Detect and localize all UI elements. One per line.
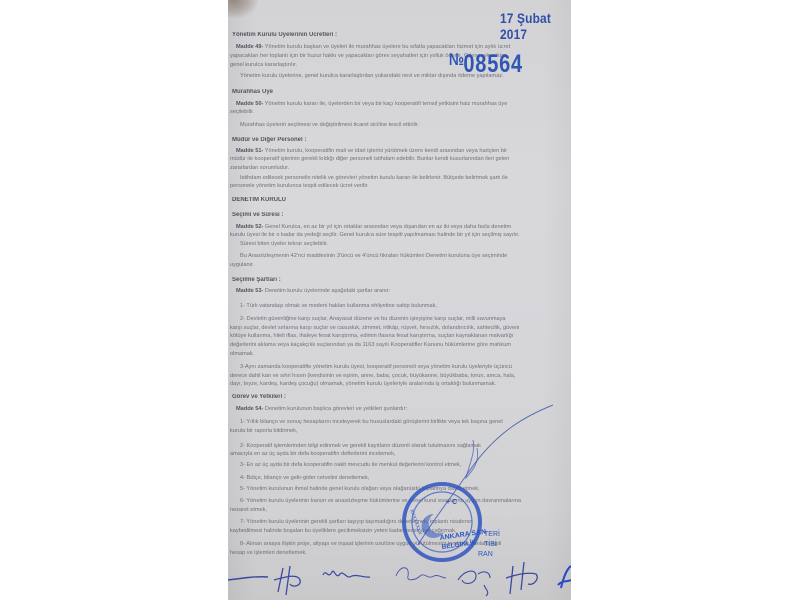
- text-line: olmamak.: [230, 351, 565, 358]
- article-line: Madde 53- Denetim kurulu üyelerinde aşağ…: [236, 288, 565, 295]
- text-line: zararlardan sorumludur.: [230, 165, 565, 172]
- text-line: Murahhas üyelerin seçilmesi ve değiştiri…: [240, 122, 565, 129]
- svg-text:TİBİ: TİBİ: [484, 539, 497, 548]
- text-line: İstihdam edilecek personelin nitelik ve …: [240, 175, 565, 182]
- text-line: amacıyla en az üç ayda bir defa kooperat…: [230, 451, 565, 458]
- text-line: 2- Kooperatif işlemlerinden bilgi edinme…: [240, 443, 565, 450]
- section-heading: Müdür ve Diğer Personel :: [232, 137, 565, 144]
- text-line: uygulanır.: [230, 262, 565, 269]
- section-heading: Seçilme Şartları :: [232, 277, 565, 284]
- number-sign: №: [449, 50, 463, 69]
- svg-text:TERİ: TERİ: [484, 529, 500, 538]
- official-seal-icon: + C ANKARA SAN BELGİNLİK TERİ TİBİ RAN X…: [394, 470, 512, 570]
- svg-text:XXXXXXXX: XXXXXXXX: [408, 509, 423, 537]
- date-stamp: 17 Şubat 2017: [500, 10, 560, 42]
- svg-text:+ C: + C: [446, 499, 457, 506]
- article-line: Madde 52- Genel Kurulca, en az bir yıl i…: [236, 224, 565, 231]
- text-line: personele yönetim kurulunca tespit edile…: [230, 183, 565, 190]
- text-line: 1- Türk vatandaşı olmak ve medeni haklar…: [240, 303, 565, 310]
- article-line: Madde 50- Yönetim kurulu kararı ile, üye…: [236, 101, 565, 108]
- text-line: değerlerini aklama veya kaçakçılık suçla…: [230, 342, 565, 349]
- article-line: Madde 54- Denetim kurulunun başlıca göre…: [236, 406, 565, 413]
- text-line: 3-Aynı zamanda kooperatifte yönetim kuru…: [240, 364, 565, 371]
- text-line: 2- Devletin güvenliğine karşı suçlar, An…: [240, 316, 565, 323]
- text-line: kötüye kullanma, hileli iflas, ihaleye f…: [230, 333, 565, 340]
- text-line: seçilebilir.: [230, 109, 565, 116]
- document-number: 08564: [463, 50, 523, 78]
- section-heading: Görev ve Yetkileri :: [232, 394, 565, 401]
- section-heading: Murahhas Üye: [232, 89, 565, 96]
- section-heading: DENETİM KURULU: [232, 197, 565, 204]
- text-line: kurulu üyesi ile bir o kadar da yedeği s…: [230, 232, 565, 239]
- section-heading: Seçimi ve Süresi :: [232, 212, 565, 219]
- article-line: Madde 51- Yönetim kurulu, kooperatifin m…: [236, 148, 565, 155]
- text-line: derece dahil kan ve sıhri hısım (kendisi…: [230, 373, 565, 380]
- svg-text:ANKARA SAN: ANKARA SAN: [439, 529, 486, 542]
- number-stamp: №08564: [449, 50, 523, 79]
- text-line: müdür ile kooperatif işlerinin gerekli k…: [230, 156, 565, 163]
- text-line: karşı suçlar, devlet sırlarına karşı suç…: [230, 325, 565, 332]
- text-line: 1- Yıllık bilanço ve sonuç hesaplarını i…: [240, 419, 565, 426]
- text-line: Süresi biten üyeler tekrar seçilebilir.: [240, 241, 565, 248]
- text-line: 3- En az üç ayda bir defa kooperatifin n…: [240, 462, 565, 469]
- text-line: kurula bir raporla bildirmek,: [230, 428, 565, 435]
- text-line: Bu Anasözleşmenin 42'nci maddesinin 3'ün…: [240, 253, 565, 260]
- document-photo: Yönetim Kurulu Üyelerinin Ücretleri :Mad…: [228, 0, 571, 600]
- text-line: dayı, teyze, kardeş, kardeş çocuğu) olma…: [230, 381, 565, 388]
- svg-text:RAN: RAN: [478, 551, 493, 558]
